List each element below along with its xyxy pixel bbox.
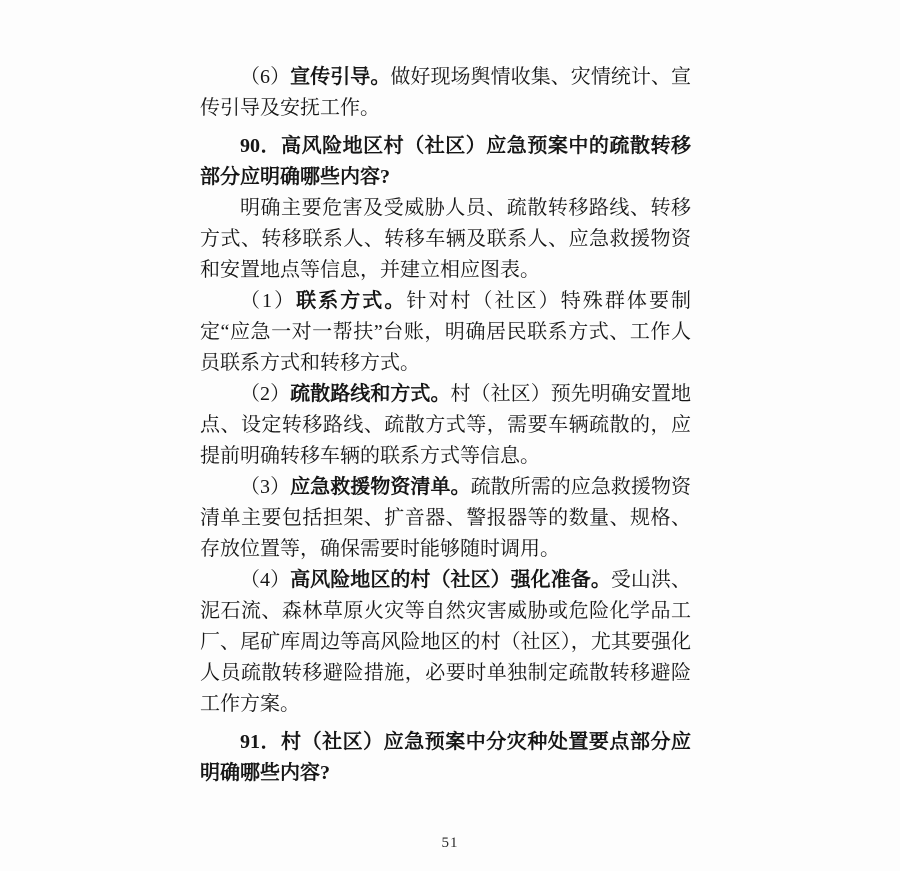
page-text: （6）宣传引导。做好现场舆情收集、灾情统计、宣传引导及安抚工作。 90．高风险地… (200, 62, 691, 789)
paragraph-bold-lead: 应急救援物资清单。 (290, 476, 470, 498)
question-heading: 91．村（社区）应急预案中分灾种处置要点部分应明确哪些内容? (200, 727, 691, 789)
question-heading: 90．高风险地区村（社区）应急预案中的疏散转移部分应明确哪些内容? (200, 131, 691, 193)
paragraph-bold-lead: 高风险地区的村（社区）强化准备。 (290, 569, 611, 591)
paragraph-label: （1） (240, 290, 296, 312)
paragraph: （4）高风险地区的村（社区）强化准备。受山洪、泥石流、森林草原火灾等自然灾害威胁… (200, 565, 691, 720)
paragraph-label: （2） (240, 383, 290, 405)
page-number: 51 (0, 835, 900, 852)
paragraph-label: （3） (240, 476, 290, 498)
paragraph-label: （6） (240, 66, 290, 88)
question-text: 90．高风险地区村（社区）应急预案中的疏散转移部分应明确哪些内容? (200, 135, 691, 188)
paragraph-bold-lead: 宣传引导。 (290, 66, 390, 88)
document-page: （6）宣传引导。做好现场舆情收集、灾情统计、宣传引导及安抚工作。 90．高风险地… (0, 0, 900, 871)
question-text: 91．村（社区）应急预案中分灾种处置要点部分应明确哪些内容? (200, 731, 691, 784)
paragraph-bold-lead: 联系方式。 (296, 290, 406, 312)
paragraph: （1）联系方式。针对村（社区）特殊群体要制定“应急一对一帮扶”台账，明确居民联系… (200, 286, 691, 379)
paragraph: 明确主要危害及受威胁人员、疏散转移路线、转移方式、转移联系人、转移车辆及联系人、… (200, 193, 691, 286)
paragraph-text: 明确主要危害及受威胁人员、疏散转移路线、转移方式、转移联系人、转移车辆及联系人、… (200, 197, 691, 281)
paragraph-bold-lead: 疏散路线和方式。 (290, 383, 450, 405)
paragraph: （2）疏散路线和方式。村（社区）预先明确安置地点、设定转移路线、疏散方式等，需要… (200, 379, 691, 472)
paragraph: （6）宣传引导。做好现场舆情收集、灾情统计、宣传引导及安抚工作。 (200, 62, 691, 124)
paragraph-label: （4） (240, 569, 290, 591)
paragraph: （3）应急救援物资清单。疏散所需的应急救援物资清单主要包括担架、扩音器、警报器等… (200, 472, 691, 565)
